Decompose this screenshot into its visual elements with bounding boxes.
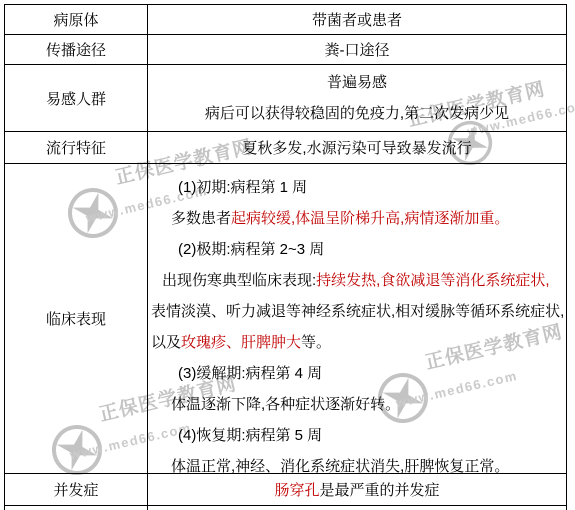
- text-segment: 是最严重的并发症: [320, 482, 440, 499]
- table-row-transmission: 传播途径 粪-口途径: [5, 35, 566, 65]
- clinical-phase-2-description-line-3: 以及玫瑰疹、肝脾肿大等。: [148, 327, 566, 358]
- table-row-complications: 并发症 肠穿孔是最严重的并发症: [5, 474, 566, 506]
- clinical-phase-2-description-line-2: 表情淡漠、听力减退等神经系统症状,相对缓脉等循环系统症状,: [148, 296, 566, 327]
- table-row-susceptible: 易感人群 普遍易感 病后可以获得较稳固的免疫力,第二次发病少见: [5, 65, 566, 132]
- highlighted-text-segment: 肠穿孔: [274, 482, 319, 499]
- highlighted-text-segment: 玫瑰疹、肝脾肿大: [181, 334, 301, 351]
- row-value-transmission: 粪-口途径: [148, 35, 566, 64]
- row-label-epidemic: 流行特征: [5, 132, 148, 163]
- typhoid-summary-table: 病原体 带菌者或患者 传播途径 粪-口途径 易感人群 普遍易感 病后可以获得较稳…: [4, 4, 567, 510]
- susceptible-line-2: 病后可以获得较稳固的免疫力,第二次发病少见: [205, 98, 509, 129]
- clinical-phase-3-description: 体温逐渐下降,各种症状逐渐好转。: [148, 389, 566, 420]
- table-row-pathogen: 病原体 带菌者或患者: [5, 5, 566, 35]
- row-label-transmission: 传播途径: [5, 35, 148, 64]
- clinical-phase-2-description-line-1: 出现伤寒典型临床表现:持续发热,食欲减退等消化系统症状,: [148, 265, 566, 296]
- text-segment: 等。: [301, 334, 331, 351]
- text-segment: 出现伤寒典型临床表现:: [162, 272, 316, 289]
- row-label-complications: 并发症: [5, 474, 148, 505]
- row-label-pathogen: 病原体: [5, 5, 148, 34]
- complications-text: 肠穿孔是最严重的并发症: [274, 479, 439, 500]
- cutoff-value-cell: [148, 506, 566, 510]
- highlighted-text-segment: 起病较缓,体温呈阶梯升高,病情逐渐加重。: [231, 210, 509, 227]
- table-row-cutoff: [5, 506, 566, 510]
- cutoff-label-cell: [5, 506, 148, 510]
- table-row-epidemic: 流行特征 夏秋多发,水源污染可导致暴发流行: [5, 132, 566, 164]
- clinical-phase-1-description: 多数患者起病较缓,体温呈阶梯升高,病情逐渐加重。: [148, 203, 566, 234]
- text-segment: 多数患者: [171, 210, 231, 227]
- text-segment: 以及: [151, 334, 181, 351]
- highlighted-text-segment: 持续发热,食欲减退等消化系统症状,: [316, 272, 549, 289]
- row-value-susceptible: 普遍易感 病后可以获得较稳固的免疫力,第二次发病少见: [148, 65, 566, 131]
- page: { "watermark": { "brand": "正保医学教育网", "ur…: [0, 0, 575, 510]
- row-label-clinical: 临床表现: [5, 164, 148, 473]
- clinical-phase-2-heading: (2)极期:病程第 2~3 周: [148, 234, 566, 265]
- clinical-phase-3-heading: (3)缓解期:病程第 4 周: [148, 358, 566, 389]
- table-row-clinical: 临床表现 (1)初期:病程第 1 周 多数患者起病较缓,体温呈阶梯升高,病情逐渐…: [5, 164, 566, 474]
- susceptible-line-1: 普遍易感: [327, 67, 387, 98]
- row-value-clinical: (1)初期:病程第 1 周 多数患者起病较缓,体温呈阶梯升高,病情逐渐加重。 (…: [148, 164, 566, 473]
- row-label-susceptible: 易感人群: [5, 65, 148, 131]
- clinical-phase-1-heading: (1)初期:病程第 1 周: [148, 172, 566, 203]
- row-value-complications: 肠穿孔是最严重的并发症: [148, 474, 566, 505]
- clinical-phase-4-heading: (4)恢复期:病程第 5 周: [148, 420, 566, 451]
- row-value-pathogen: 带菌者或患者: [148, 5, 566, 34]
- row-value-epidemic: 夏秋多发,水源污染可导致暴发流行: [148, 132, 566, 163]
